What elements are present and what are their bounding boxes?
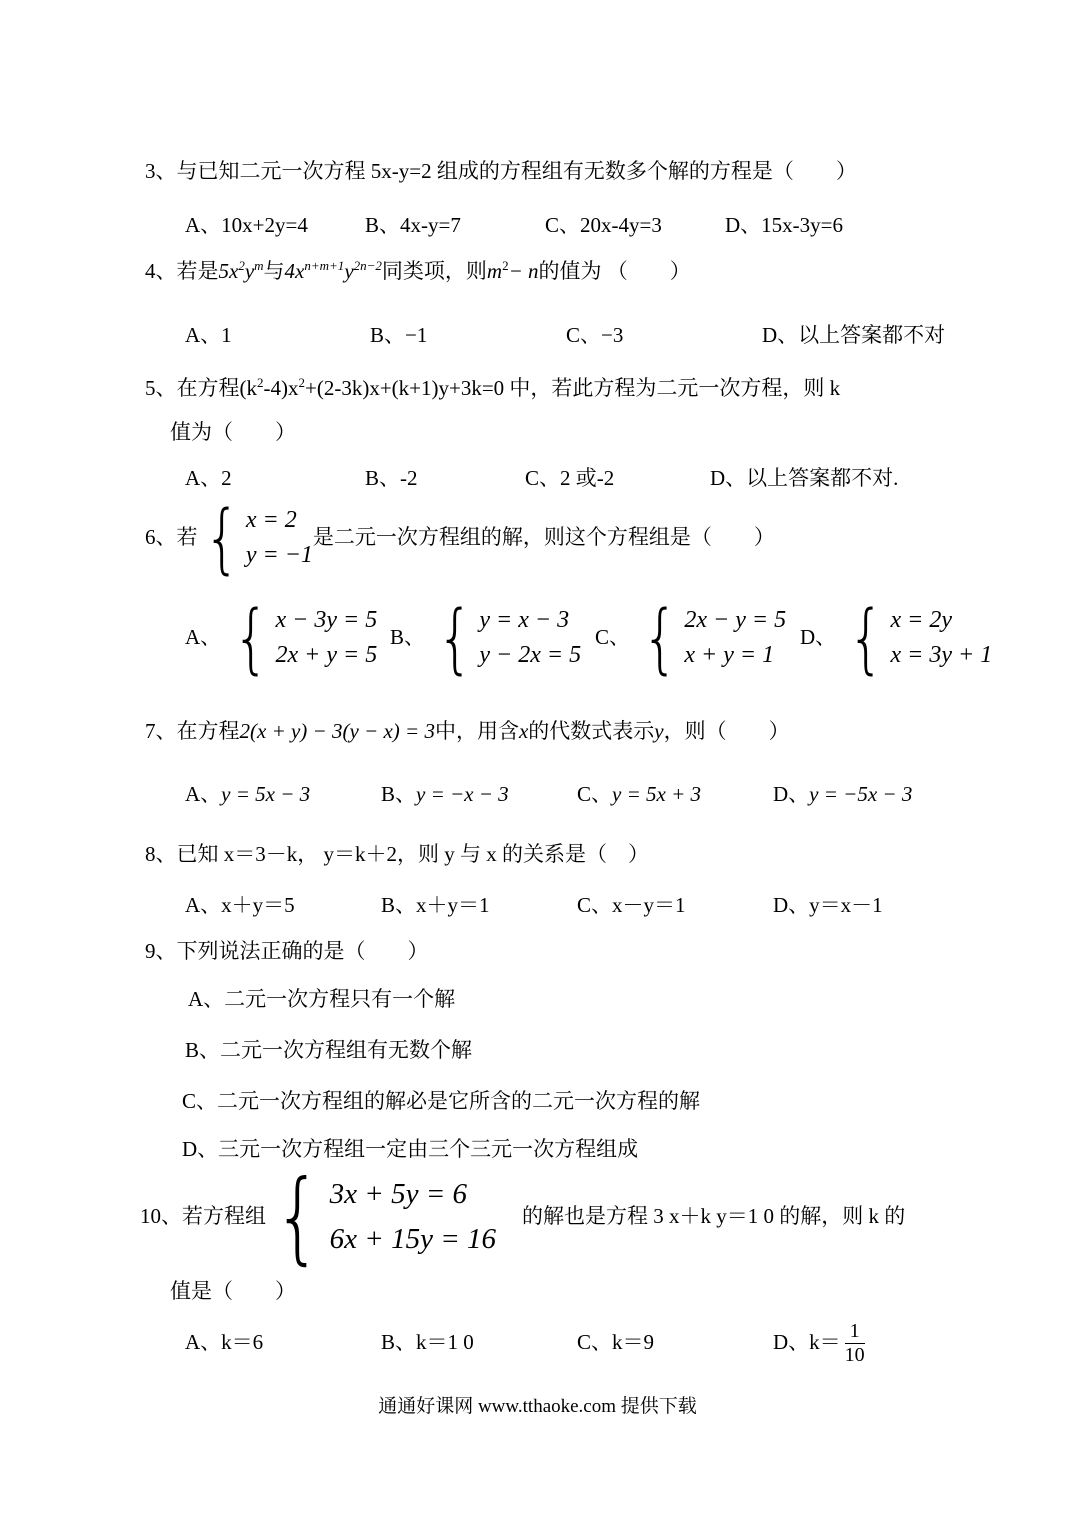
question-9-text: 下列说法正确的是（ ）: [177, 939, 429, 963]
question-7-number: 7、: [145, 719, 177, 743]
option-text: y = −5x − 3: [809, 781, 912, 808]
option-label: C、: [182, 1089, 217, 1113]
option-label: A、: [185, 781, 221, 808]
question-10-line-2: 值是（ ）: [170, 1278, 296, 1305]
option-text: 以上答案都不对: [798, 322, 945, 349]
question-10-text-pre: 若方程组: [182, 1203, 266, 1230]
question-9-option-c: C、二元一次方程组的解必是它所含的二元一次方程的解: [182, 1088, 700, 1115]
question-10-text-post: 的解也是方程 3 x＋k y＝1 0 的解，则 k 的: [522, 1203, 905, 1230]
equation: 2x + y = 5: [276, 638, 378, 673]
question-7-line: 7、在方程2(x + y) − 3(y − x) = 3中，用含x的代数式表示y…: [145, 718, 790, 745]
question-9-line: 9、下列说法正确的是（ ）: [145, 938, 429, 965]
option-text: x－y＝1: [612, 892, 686, 919]
option-label: B、: [381, 1329, 416, 1356]
math-expression: 2(x + y) − 3(y − x) = 3: [240, 719, 435, 743]
question-7-text-2: 中，用含: [435, 719, 519, 743]
option-label: A、: [185, 892, 221, 919]
brace-icon: {: [204, 506, 240, 571]
equation: x + y = 1: [684, 638, 786, 673]
option-label: C、: [566, 322, 601, 349]
option-label: B、: [381, 892, 416, 919]
option-d: D、 { x = 2yx = 3y + 1: [800, 603, 992, 673]
equation: x = 3y + 1: [891, 638, 993, 673]
option-label: A、: [185, 1329, 221, 1356]
option-a: A、x＋y＝5: [185, 892, 381, 919]
fraction-numerator: 1: [845, 1320, 865, 1344]
option-label: B、: [365, 212, 400, 239]
option-label: D、: [725, 212, 761, 239]
option-text: 以上答案都不对.: [746, 465, 898, 492]
question-6-number: 6、: [145, 524, 177, 551]
option-text: 二元一次方程组有无数个解: [220, 1038, 472, 1062]
equation-system: { 3x + 5y = 6 6x + 15y = 16: [266, 1172, 496, 1262]
option-label: B、: [390, 624, 425, 651]
option-label: C、: [577, 1329, 612, 1356]
option-b: B、 { y = x − 3y − 2x = 5: [390, 603, 595, 673]
option-label: B、: [381, 781, 416, 808]
question-4-text-4: 的值为 （ ）: [539, 259, 691, 283]
option-b: B、k＝1 0: [381, 1329, 577, 1356]
option-text: 20x-4y=3: [580, 212, 662, 239]
equation: y − 2x = 5: [479, 638, 581, 673]
question-9-number: 9、: [145, 939, 177, 963]
option-label: D、: [710, 465, 746, 492]
option-label: C、: [577, 781, 612, 808]
question-3-options: A、10x+2y=4 B、4x-y=7 C、20x-4y=3 D、15x-3y=…: [185, 212, 843, 239]
option-label: C、: [545, 212, 580, 239]
question-5-text-4: 值为（ ）: [170, 420, 296, 444]
math-exponent: n+m+1: [304, 258, 344, 273]
question-6-text-post: 是二元一次方程组的解，则这个方程组是（ ）: [313, 524, 775, 551]
question-9-option-a: A、二元一次方程只有一个解: [188, 986, 455, 1013]
option-d: D、 k＝ 1 10: [773, 1320, 865, 1367]
option-d: D、以上答案都不对: [762, 322, 945, 349]
option-b: B、−1: [370, 322, 566, 349]
question-9-option-d: D、三元一次方程组一定由三个三元一次方程组成: [182, 1136, 638, 1163]
option-text: x＋y＝1: [416, 892, 490, 919]
question-8-text: 已知 x＝3－k， y＝k＋2，则 y 与 x 的关系是（ ）: [177, 842, 650, 866]
equation: 6x + 15y = 16: [330, 1217, 496, 1262]
brace-icon: {: [642, 606, 678, 671]
question-5-text-2: -4)x: [264, 376, 299, 400]
option-a: A、k＝6: [185, 1329, 381, 1356]
option-a: A、y = 5x − 3: [185, 781, 381, 808]
option-c: C、y = 5x + 3: [577, 781, 773, 808]
option-label: A、: [185, 465, 221, 492]
question-4-options: A、1 B、−1 C、−3 D、以上答案都不对: [185, 322, 945, 349]
math-term: 4x: [285, 259, 305, 283]
option-label: C、: [577, 892, 612, 919]
question-5-number: 5、: [145, 376, 177, 400]
question-8-number: 8、: [145, 842, 177, 866]
question-10-number: 10、: [140, 1203, 182, 1230]
option-a: A、 { x − 3y = 52x + y = 5: [185, 603, 390, 673]
option-text: 2: [221, 465, 232, 492]
math-exponent: m: [254, 258, 263, 273]
question-6-line: 6、 若 { x = 2 y = −1 是二元一次方程组的解，则这个方程组是（ …: [145, 503, 775, 573]
option-b: B、x＋y＝1: [381, 892, 577, 919]
question-10-options: A、k＝6 B、k＝1 0 C、k＝9 D、 k＝ 1 10: [185, 1310, 865, 1376]
option-b: B、4x-y=7: [365, 212, 545, 239]
option-c: C、x－y＝1: [577, 892, 773, 919]
option-c: C、2 或-2: [525, 465, 710, 492]
question-5-line-2: 值为（ ）: [170, 419, 296, 446]
option-label: C、: [525, 465, 560, 492]
equation: x = 2y: [891, 603, 993, 638]
option-text: k＝: [809, 1329, 841, 1356]
option-text: y = −x − 3: [416, 781, 509, 808]
question-6-options: A、 { x − 3y = 52x + y = 5 B、 { y = x − 3…: [185, 603, 992, 673]
option-label: A、: [185, 322, 221, 349]
option-text: 10x+2y=4: [221, 212, 308, 239]
question-5-text-3: +(2-3k)x+(k+1)y+3k=0 中，若此方程为二元一次方程，则 k: [305, 376, 840, 400]
option-label: D、: [773, 892, 809, 919]
option-label: A、: [185, 212, 221, 239]
option-c: C、20x-4y=3: [545, 212, 725, 239]
brace-icon: {: [233, 606, 269, 671]
option-b: B、-2: [365, 465, 525, 492]
brace-icon: {: [848, 606, 884, 671]
option-label: D、: [762, 322, 798, 349]
option-text: k＝1 0: [416, 1329, 474, 1356]
question-10-line: 10、 若方程组 { 3x + 5y = 6 6x + 15y = 16 的解也…: [140, 1172, 905, 1262]
question-7-options: A、y = 5x − 3 B、y = −x − 3 C、y = 5x + 3 D…: [185, 781, 912, 808]
question-5-line-1: 5、在方程(k2-4)x2+(2-3k)x+(k+1)y+3k=0 中，若此方程…: [145, 375, 840, 402]
option-label: A、: [188, 987, 224, 1011]
option-label: D、: [800, 624, 836, 651]
option-text: k＝6: [221, 1329, 263, 1356]
option-d: D、以上答案都不对.: [710, 465, 898, 492]
question-7-text-4: ，则（ ）: [664, 719, 790, 743]
question-10-text-2: 值是（ ）: [170, 1279, 296, 1303]
question-7-text-3: 的代数式表示: [528, 719, 654, 743]
option-text: x＋y＝5: [221, 892, 295, 919]
option-label: D、: [182, 1137, 218, 1161]
equation: y = −1: [246, 538, 313, 573]
math-variable: y: [654, 719, 663, 743]
question-3-text: 与已知二元一次方程 5x-y=2 组成的方程组有无数多个解的方程是（ ）: [177, 159, 857, 183]
option-b: B、y = −x − 3: [381, 781, 577, 808]
option-label: D、: [773, 781, 809, 808]
question-3-number: 3、: [145, 159, 177, 183]
option-d: D、y＝x－1: [773, 892, 883, 919]
option-text: −1: [405, 322, 427, 349]
math-term: − n: [509, 259, 539, 283]
question-4-number: 4、: [145, 259, 177, 283]
option-label: D、: [773, 1329, 809, 1356]
math-term: y: [344, 259, 353, 283]
option-label: B、: [370, 322, 405, 349]
equation-system: { x = 2 y = −1: [198, 503, 313, 573]
option-text: -2: [400, 465, 418, 492]
option-a: A、2: [185, 465, 365, 492]
equation: y = x − 3: [479, 603, 581, 638]
question-5-text-1: 在方程(k: [177, 376, 258, 400]
option-text: k＝9: [612, 1329, 654, 1356]
question-8-line: 8、已知 x＝3－k， y＝k＋2，则 y 与 x 的关系是（ ）: [145, 841, 649, 868]
math-term: y: [245, 259, 254, 283]
option-text: −3: [601, 322, 623, 349]
option-text: 二元一次方程组的解必是它所含的二元一次方程的解: [217, 1089, 700, 1113]
question-8-options: A、x＋y＝5 B、x＋y＝1 C、x－y＝1 D、y＝x－1: [185, 892, 883, 919]
equation: 2x − y = 5: [684, 603, 786, 638]
option-c: C、−3: [566, 322, 762, 349]
math-term: m: [487, 259, 502, 283]
option-text: 1: [221, 322, 232, 349]
option-d: D、15x-3y=6: [725, 212, 843, 239]
question-3-line: 3、与已知二元一次方程 5x-y=2 组成的方程组有无数多个解的方程是（ ）: [145, 158, 857, 185]
option-a: A、10x+2y=4: [185, 212, 365, 239]
option-label: A、: [185, 624, 221, 651]
math-term: 5x: [219, 259, 239, 283]
footer-download-credit: 通通好课网 www.tthaoke.com 提供下载: [0, 1391, 1075, 1418]
question-5-options: A、2 B、-2 C、2 或-2 D、以上答案都不对.: [185, 465, 898, 492]
option-text: 2 或-2: [560, 465, 614, 492]
option-text: 15x-3y=6: [761, 212, 843, 239]
worksheet-page: 3、与已知二元一次方程 5x-y=2 组成的方程组有无数多个解的方程是（ ） A…: [0, 0, 1075, 1518]
math-variable: x: [519, 719, 528, 743]
question-4-text-3: 同类项，则: [382, 259, 487, 283]
option-label: B、: [185, 1038, 220, 1062]
option-text: 三元一次方程组一定由三个三元一次方程组成: [218, 1137, 638, 1161]
option-c: C、 { 2x − y = 5x + y = 1: [595, 603, 800, 673]
fraction-denominator: 10: [845, 1344, 865, 1367]
math-exponent: 2n−2: [354, 258, 382, 273]
option-text: 二元一次方程只有一个解: [224, 987, 455, 1011]
option-c: C、k＝9: [577, 1329, 773, 1356]
option-text: y = 5x + 3: [612, 781, 701, 808]
equation: 3x + 5y = 6: [330, 1172, 496, 1217]
question-4-line: 4、若是5x2ym与4xn+m+1y2n−2同类项，则m2− n的值为 （ ）: [145, 258, 691, 285]
option-text: y＝x－1: [809, 892, 883, 919]
option-text: 4x-y=7: [400, 212, 461, 239]
question-7-text-1: 在方程: [177, 719, 240, 743]
option-label: B、: [365, 465, 400, 492]
brace-icon: {: [274, 1174, 322, 1259]
option-a: A、1: [185, 322, 370, 349]
fraction: 1 10: [845, 1320, 865, 1367]
question-6-text-pre: 若: [177, 524, 198, 551]
option-label: C、: [595, 624, 630, 651]
question-4-text-1: 若是: [177, 259, 219, 283]
option-text: y = 5x − 3: [221, 781, 310, 808]
question-9-option-b: B、二元一次方程组有无数个解: [185, 1037, 472, 1064]
question-4-text-2: 与: [264, 259, 285, 283]
equation: x − 3y = 5: [276, 603, 378, 638]
equation: x = 2: [246, 503, 313, 538]
brace-icon: {: [437, 606, 473, 671]
option-d: D、y = −5x − 3: [773, 781, 912, 808]
